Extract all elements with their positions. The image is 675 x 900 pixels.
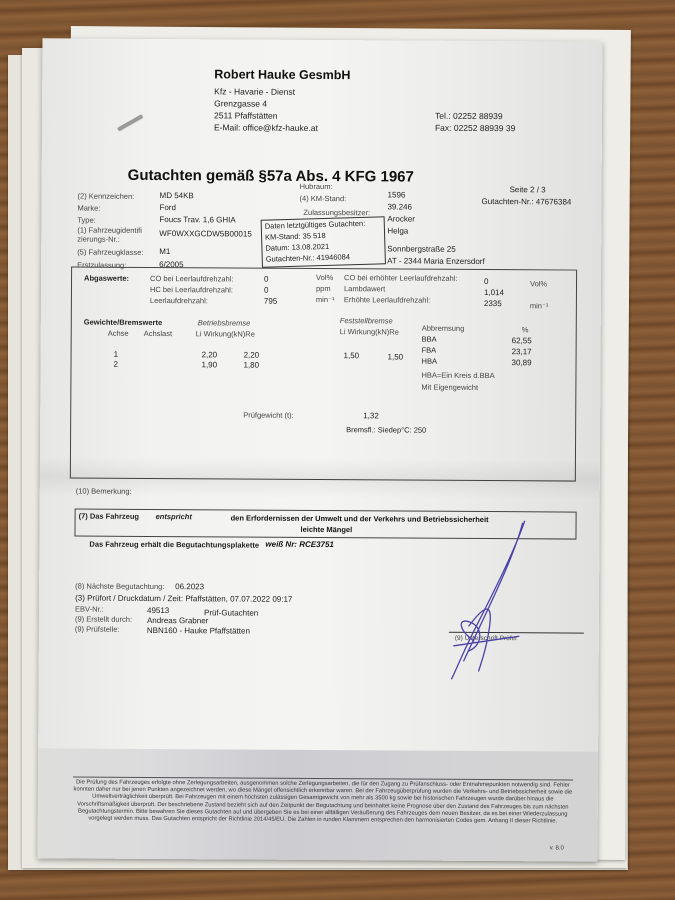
test-station-label: (9) Prüfstelle: (75, 625, 120, 634)
exhaust-right-row-value: 0 (484, 277, 489, 286)
exhaust-right-row-value: 2335 (484, 299, 502, 308)
parking-brake-right: 1,50 (388, 352, 404, 361)
brake-fluid-boiling-point: Bremsfl.: Siedep°C: 250 (346, 425, 426, 434)
parking-brake-left: 1,50 (344, 351, 360, 360)
exhaust-row-unit: Vol% (316, 273, 333, 282)
parking-brake-heading: Feststellbremse (340, 316, 393, 325)
service-brake-right: 1,80 (243, 361, 259, 370)
type-label: Type: (77, 216, 95, 225)
owner-city: AT - 2344 Maria Enzersdorf (387, 256, 485, 266)
mileage-value: 39.246 (387, 202, 412, 211)
service-brake-heading: Betriebsbremse (198, 318, 251, 327)
last-report-box: Daten letztgültiges Gutachten: KM-Stand:… (261, 216, 386, 268)
company-tel: Tel.: 02252 88939 (435, 111, 503, 121)
deceleration-label: BBA (422, 335, 437, 344)
ebv-type: Prüf-Gutachten (204, 608, 258, 617)
ebv-label: EBV-Nr.: (75, 605, 104, 614)
ebv-number: 49513 (147, 606, 169, 615)
last-report-heading: Daten letztgültiges Gutachten: (265, 219, 366, 231)
owner-firstname: Helga (387, 226, 408, 235)
created-by-value: Andreas Grabner (147, 616, 208, 625)
exhaust-row-label: Leerlaufdrehzahl: (150, 296, 208, 305)
owner-street: Sonnbergstraße 25 (387, 244, 456, 253)
inspection-report-page: Robert Hauke GesmbH Kfz - Havarie - Dien… (38, 38, 603, 861)
next-inspection-value: 06.2023 (175, 582, 204, 591)
staple-icon (117, 114, 143, 130)
company-street: Grenzgasse 4 (214, 98, 267, 108)
vin-label-1: (1) Fahrzeugidentifi (77, 226, 142, 235)
exhaust-row-unit: ppm (316, 284, 331, 293)
parking-brake-columns: Li Wirkung(kN)Re (340, 327, 399, 336)
last-report-number: Gutachten-Nr.: 41946084 (266, 252, 350, 263)
badge-number: weiß Nr: RCE3751 (265, 540, 334, 549)
report-number: Gutachten-Nr.: 47676384 (481, 197, 571, 207)
service-brake-left: 2,20 (202, 350, 218, 359)
exhaust-row-value: 795 (264, 297, 277, 306)
service-brake-left: 1,90 (201, 360, 217, 369)
company-city: 2511 Pfaffstätten (214, 110, 278, 120)
service-brake-right: 2,20 (244, 351, 260, 360)
exhaust-right-row-unit: Vol% (530, 279, 547, 288)
vin-value: WF0WXXGCDW5B00015 (159, 229, 252, 239)
plate-label: (2) Kennzeichen: (78, 192, 135, 201)
place-date-time: (3) Prüfort / Druckdatum / Zeit: Pfaffst… (75, 594, 292, 604)
axle-number: 2 (113, 360, 118, 369)
deceleration-label: FBA (422, 346, 437, 355)
class-label: (5) Fahrzeugklasse: (77, 248, 143, 257)
paper-fold (40, 456, 600, 499)
exhaust-right-row-label: CO bei erhöhter Leerlaufdrehzahl: (344, 273, 457, 283)
measurements-box: Abgaswerte: CO bei Leerlaufdrehzahl:0Vol… (70, 266, 577, 481)
owner-label: Zulassungsbesitzer: (303, 208, 370, 217)
own-weight-note: Mit Eigengewicht (421, 383, 478, 392)
verdict-label: (7) Das Fahrzeug (79, 512, 139, 521)
vin-label-2: zierungs-Nr.: (77, 235, 120, 244)
badge-text: Das Fahrzeug erhält die Begutachtungspla… (89, 540, 259, 550)
exhaust-row-label: CO bei Leerlaufdrehzahl: (150, 274, 233, 284)
company-email: E-Mail: office@kfz-hauke.at (214, 122, 318, 133)
defects-level: leichte Mängel (300, 525, 352, 534)
company-subtitle: Kfz - Havarie - Dienst (214, 86, 295, 96)
company-name: Robert Hauke GesmbH (214, 67, 350, 82)
exhaust-row-label: HC bei Leerlaufdrehzahl: (150, 285, 233, 295)
make-label: Marke: (77, 204, 100, 213)
deceleration-value: 30,89 (512, 358, 532, 367)
exhaust-row-value: 0 (264, 275, 269, 284)
owner-surname: Arocker (387, 214, 415, 223)
type-value: Foucs Trav. 1,6 GHIA (159, 215, 235, 224)
company-fax: Fax: 02252 88939 39 (435, 123, 515, 133)
next-inspection-label: (8) Nächste Begutachtung: (75, 582, 164, 592)
plate-value: MD 54KB (160, 191, 194, 200)
axle-column-header: Achse (108, 329, 129, 338)
deceleration-value: 62,55 (512, 336, 532, 345)
axle-number: 1 (114, 350, 119, 359)
service-brake-columns: Li Wirkung(kN)Re (196, 329, 255, 338)
exhaust-right-row-label: Lambdawert (344, 284, 385, 293)
make-value: Ford (159, 203, 176, 212)
page-number: Seite 2 / 3 (510, 185, 546, 194)
brakes-heading: Gewichte/Bremswerte (84, 318, 162, 327)
exhaust-right-row-unit: min⁻¹ (530, 301, 549, 310)
test-weight-label: Prüfgewicht (t): (243, 411, 293, 420)
mileage-label: (4) KM-Stand: (300, 194, 347, 203)
last-report-km: KM-Stand: 35 518 (265, 231, 326, 242)
deceleration-label: HBA (422, 357, 437, 366)
exhaust-right-row-label: Erhöhte Leerlaufdrehzahl: (344, 295, 430, 305)
displacement-value: 1596 (388, 190, 406, 199)
deceleration-heading: Abbremsung (422, 324, 465, 333)
deceleration-value: 23,17 (512, 347, 532, 356)
exhaust-row-value: 0 (264, 286, 269, 295)
class-value: M1 (159, 247, 170, 256)
signature-icon (434, 511, 545, 682)
created-by-label: (9) Erstellt durch: (75, 615, 132, 624)
axle-load-column-header: Achslast (144, 329, 172, 338)
paper-shadow (38, 748, 599, 861)
last-report-date: Datum: 13.08.2021 (265, 242, 329, 253)
exhaust-right-row-value: 1,014 (484, 288, 504, 297)
verdict-status: entspricht (156, 512, 192, 521)
exhaust-heading: Abgaswerte: (84, 274, 129, 283)
document-title: Gutachten gemäß §57a Abs. 4 KFG 1967 (128, 167, 414, 186)
exhaust-row-unit: min⁻¹ (316, 295, 335, 304)
test-station-value: NBN160 - Hauke Pfaffstätten (147, 626, 250, 636)
deceleration-unit: % (522, 325, 529, 334)
test-weight-value: 1,32 (363, 411, 379, 420)
displacement-label: Hubraum: (300, 182, 333, 191)
hba-note: HBA=Ein Kreis d.BBA (421, 371, 494, 380)
